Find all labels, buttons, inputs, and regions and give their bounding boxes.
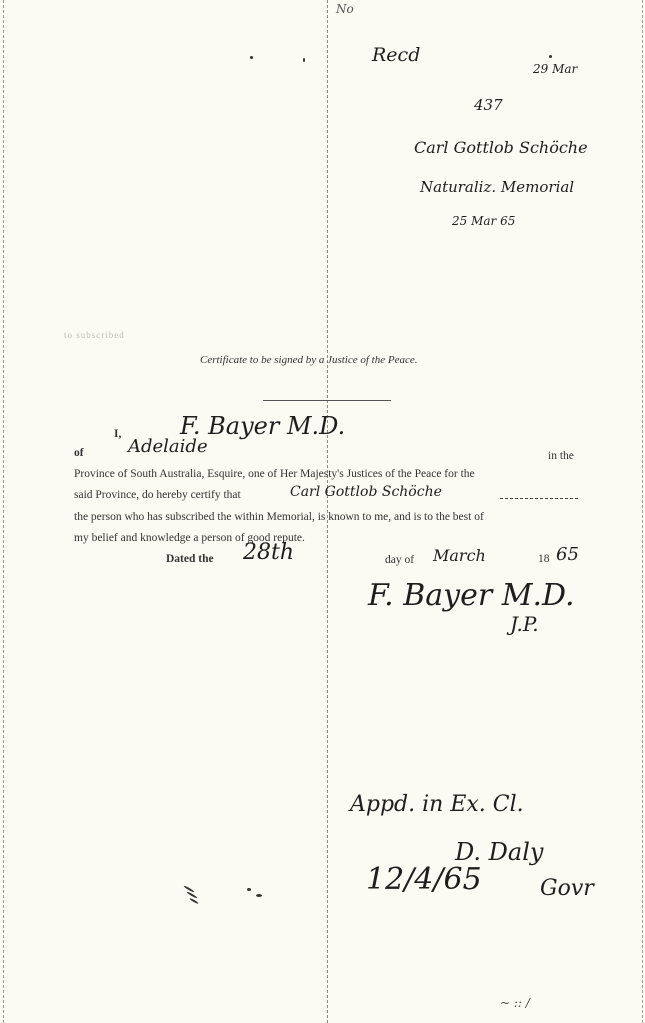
approval-signatory-title: Govr (540, 876, 594, 901)
approval-note: Appd. in Ex. Cl. (350, 792, 524, 817)
docket-name: Carl Gottlob Schöche (414, 138, 588, 157)
justice-signature-title: J.P. (510, 612, 539, 636)
blank-fill-line (500, 498, 578, 499)
certificate-title: Certificate to be signed by a Justice of… (200, 354, 418, 366)
day-of-label: day of (385, 554, 414, 566)
certificate-line-3: the person who has subscribed the within… (74, 511, 484, 523)
i-label: I, (114, 428, 121, 440)
justice-signature: F. Bayer M.D. (368, 578, 575, 613)
month-value: March (433, 546, 486, 565)
of-place: Adelaide (128, 436, 208, 457)
bottom-mark: ~ :: / (500, 996, 530, 1010)
fold-line-right (642, 0, 643, 1023)
corner-mark: No (336, 2, 354, 16)
ink-smudge (189, 898, 199, 905)
ink-smudge (256, 894, 262, 897)
certificate-line-2: said Province, do hereby certify that (74, 489, 241, 501)
received-label: Recd (372, 44, 420, 66)
docket-number: 437 (474, 96, 503, 114)
ink-speck (250, 56, 253, 59)
received-date: 29 Mar (533, 62, 577, 76)
docket-subject: Naturaliz. Memorial (420, 178, 574, 196)
in-the-label: in the (548, 450, 574, 462)
of-label: of (74, 447, 84, 459)
fold-line-left (3, 0, 4, 1023)
certificate-line-1: Province of South Australia, Esquire, on… (74, 468, 475, 480)
year-suffix: 65 (556, 544, 579, 565)
day-value: 28th (243, 540, 294, 565)
faded-offset-text: to subscribed (64, 330, 125, 340)
title-rule (263, 400, 391, 401)
year-prefix: 18 (538, 553, 550, 565)
ink-speck (303, 58, 305, 62)
docket-date: 25 Mar 65 (452, 214, 515, 228)
ink-smudge (247, 888, 251, 891)
memorialist-name: Carl Gottlob Schöche (290, 484, 442, 500)
approval-date: 12/4/65 (366, 862, 482, 897)
ink-speck (549, 55, 552, 58)
dated-label: Dated the (166, 553, 214, 565)
document-page: No Recd 29 Mar 437 Carl Gottlob Schöche … (0, 0, 645, 1023)
ink-smudge (186, 891, 197, 899)
